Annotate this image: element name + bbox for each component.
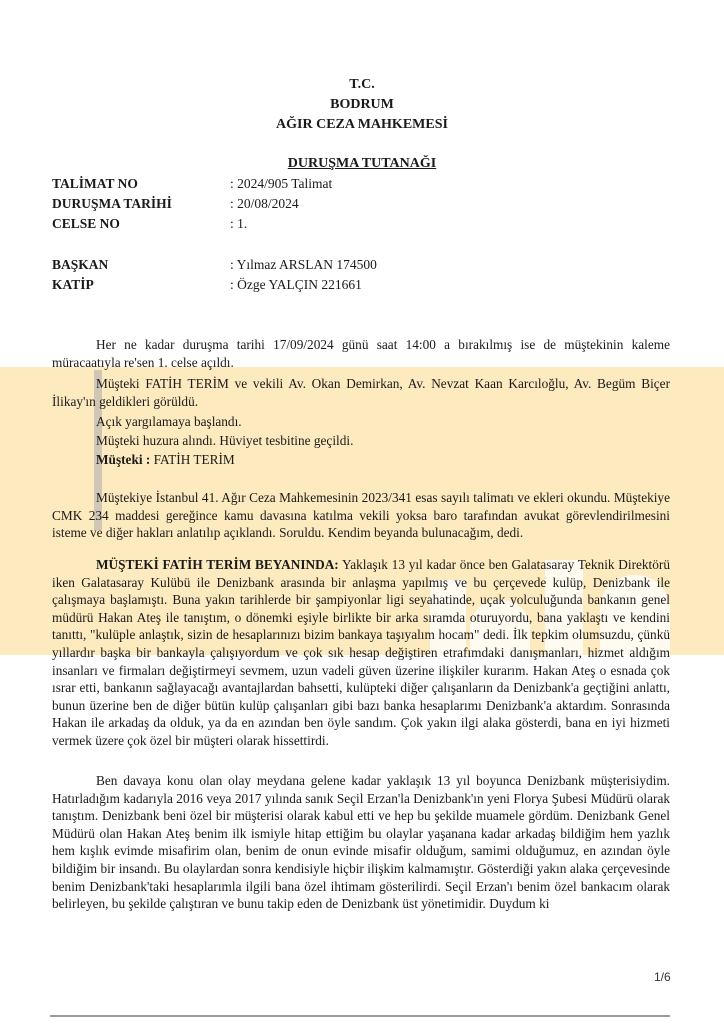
meta-value-date: : 20/08/2024 bbox=[230, 196, 299, 212]
paragraph-identity: Müşteki huzura alındı. Hüviyet tesbitine… bbox=[96, 433, 353, 449]
statement-text: Yaklaşık 13 yıl kadar önce ben Galatasar… bbox=[52, 557, 670, 748]
statement-label: MÜŞTEKİ FATİH TERİM BEYANINDA: bbox=[96, 557, 339, 572]
header-court: AĞIR CEZA MAHKEMESİ bbox=[0, 117, 724, 133]
meta-label-baskan: BAŞKAN bbox=[52, 257, 108, 273]
complainant-name: FATİH TERİM bbox=[150, 452, 234, 467]
meta-value-baskan: : Yılmaz ARSLAN 174500 bbox=[230, 257, 377, 273]
meta-value-celse: : 1. bbox=[230, 216, 247, 232]
meta-value-talimat: : 2024/905 Talimat bbox=[230, 176, 332, 192]
paragraph-statement-continued: Ben davaya konu olan olay meydana gelene… bbox=[52, 772, 670, 913]
paragraph-trial-start: Açık yargılamaya başlandı. bbox=[96, 414, 242, 430]
meta-label-celse: CELSE NO bbox=[52, 216, 120, 232]
meta-label-katip: KATİP bbox=[52, 277, 94, 293]
complainant-line: Müşteki : FATİH TERİM bbox=[96, 452, 235, 468]
meta-label-date: DURUŞMA TARİHİ bbox=[52, 196, 172, 212]
paragraph-rights: Müştekiye İstanbul 41. Ağır Ceza Mahkeme… bbox=[52, 489, 670, 542]
meta-label-talimat: TALİMAT NO bbox=[52, 176, 138, 192]
paragraph-statement: MÜŞTEKİ FATİH TERİM BEYANINDA: Yaklaşık … bbox=[52, 556, 670, 750]
document-page: T.C. BODRUM AĞIR CEZA MAHKEMESİ DURUŞMA … bbox=[0, 0, 724, 1024]
complainant-label: Müşteki : bbox=[96, 452, 150, 467]
document-title: DURUŞMA TUTANAĞI bbox=[0, 156, 724, 172]
paragraph-opening: Her ne kadar duruşma tarihi 17/09/2024 g… bbox=[52, 336, 670, 371]
page-number: 1/6 bbox=[654, 970, 671, 984]
meta-value-katip: : Özge YALÇIN 221661 bbox=[230, 277, 362, 293]
paragraph-attendees: Müşteki FATİH TERİM ve vekili Av. Okan D… bbox=[52, 375, 670, 410]
header-tc: T.C. bbox=[0, 77, 724, 93]
header-city: BODRUM bbox=[0, 97, 724, 113]
footer-divider bbox=[50, 1015, 670, 1017]
